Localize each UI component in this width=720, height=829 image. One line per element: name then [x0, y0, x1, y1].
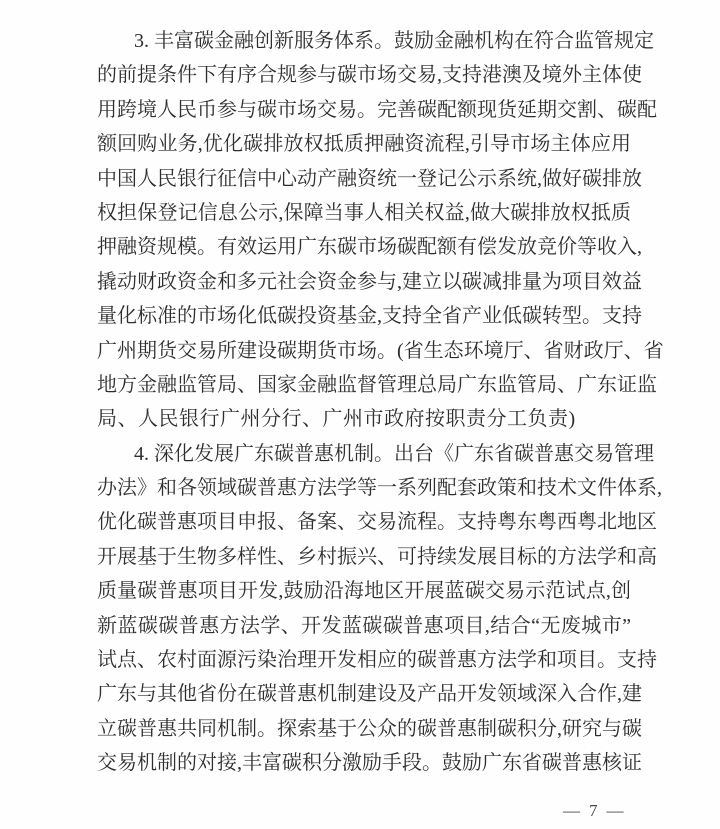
text-line: 中国人民银行征信中心动产融资统一登记公示系统,做好碳排放: [97, 162, 631, 196]
page-number-dash-left: —: [563, 801, 582, 821]
document-body: 3. 丰富碳金融创新服务体系。鼓励金融机构在符合监管规定 的前提条件下有序合规参…: [97, 24, 631, 781]
text-line: 的前提条件下有序合规参与碳市场交易,支持港澳及境外主体使: [97, 58, 631, 92]
page-number-value: 7: [589, 801, 600, 820]
text-line: 开展基于生物多样性、乡村振兴、可持续发展目标的方法学和高: [97, 540, 631, 574]
text-line: 额回购业务,优化碳排放权抵质押融资流程,引导市场主体应用: [97, 127, 631, 161]
text-line: 用跨境人民币参与碳市场交易。完善碳配额现货延期交割、碳配: [97, 93, 631, 127]
text-line: 优化碳普惠项目申报、备案、交易流程。支持粤东粤西粤北地区: [97, 505, 631, 539]
page-footer: —7— 12425.CN: [0, 795, 720, 825]
text-line: 权担保登记信息公示,保障当事人相关权益,做大碳排放权抵质: [97, 196, 631, 230]
text-line: 质量碳普惠项目开发,鼓励沿海地区开展蓝碳交易示范试点,创: [97, 574, 631, 608]
text-line: 押融资规模。有效运用广东碳市场碳配额有偿发放竞价等收入,: [97, 230, 631, 264]
page-number: —7— 12425.CN: [556, 801, 633, 821]
page-number-dash-right: —: [607, 801, 626, 821]
text-line: 撬动财政资金和多元社会资金参与,建立以碳减排量为项目效益: [97, 265, 631, 299]
text-line: 试点、农村面源污染治理开发相应的碳普惠方法学和项目。支持: [97, 643, 631, 677]
text-line: 局、人民银行广州分行、广州市政府按职责分工负责): [97, 402, 631, 436]
text-line: 交易机制的对接,丰富碳积分激励手段。鼓励广东省碳普惠核证: [97, 746, 631, 780]
text-line: 4. 深化发展广东碳普惠机制。出台《广东省碳普惠交易管理: [97, 437, 631, 471]
text-line: 立碳普惠共同机制。探索基于公众的碳普惠制碳积分,研究与碳: [97, 712, 631, 746]
text-line: 广州期货交易所建设碳期货市场。(省生态环境厅、省财政厅、省: [97, 334, 631, 368]
text-line: 量化标准的市场化低碳投资基金,支持全省产业低碳转型。支持: [97, 299, 631, 333]
document-page: 3. 丰富碳金融创新服务体系。鼓励金融机构在符合监管规定 的前提条件下有序合规参…: [0, 0, 720, 829]
text-line: 地方金融监管局、国家金融监督管理总局广东监管局、广东证监: [97, 368, 631, 402]
text-line: 广东与其他省份在碳普惠机制建设及产品开发领域深入合作,建: [97, 677, 631, 711]
text-line: 办法》和各领域碳普惠方法学等一系列配套政策和技术文件体系,: [97, 471, 631, 505]
text-line: 3. 丰富碳金融创新服务体系。鼓励金融机构在符合监管规定: [97, 24, 631, 58]
text-line: 新蓝碳碳普惠方法学、开发蓝碳碳普惠项目,结合“无废城市”: [97, 609, 631, 643]
